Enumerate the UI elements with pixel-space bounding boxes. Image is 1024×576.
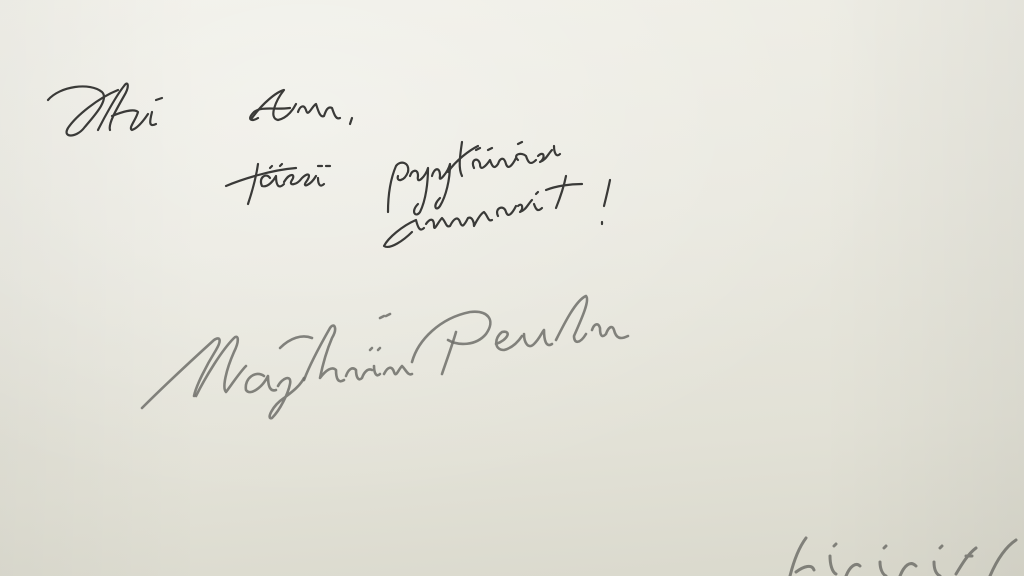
partial-bottom-writing (0, 0, 1024, 576)
